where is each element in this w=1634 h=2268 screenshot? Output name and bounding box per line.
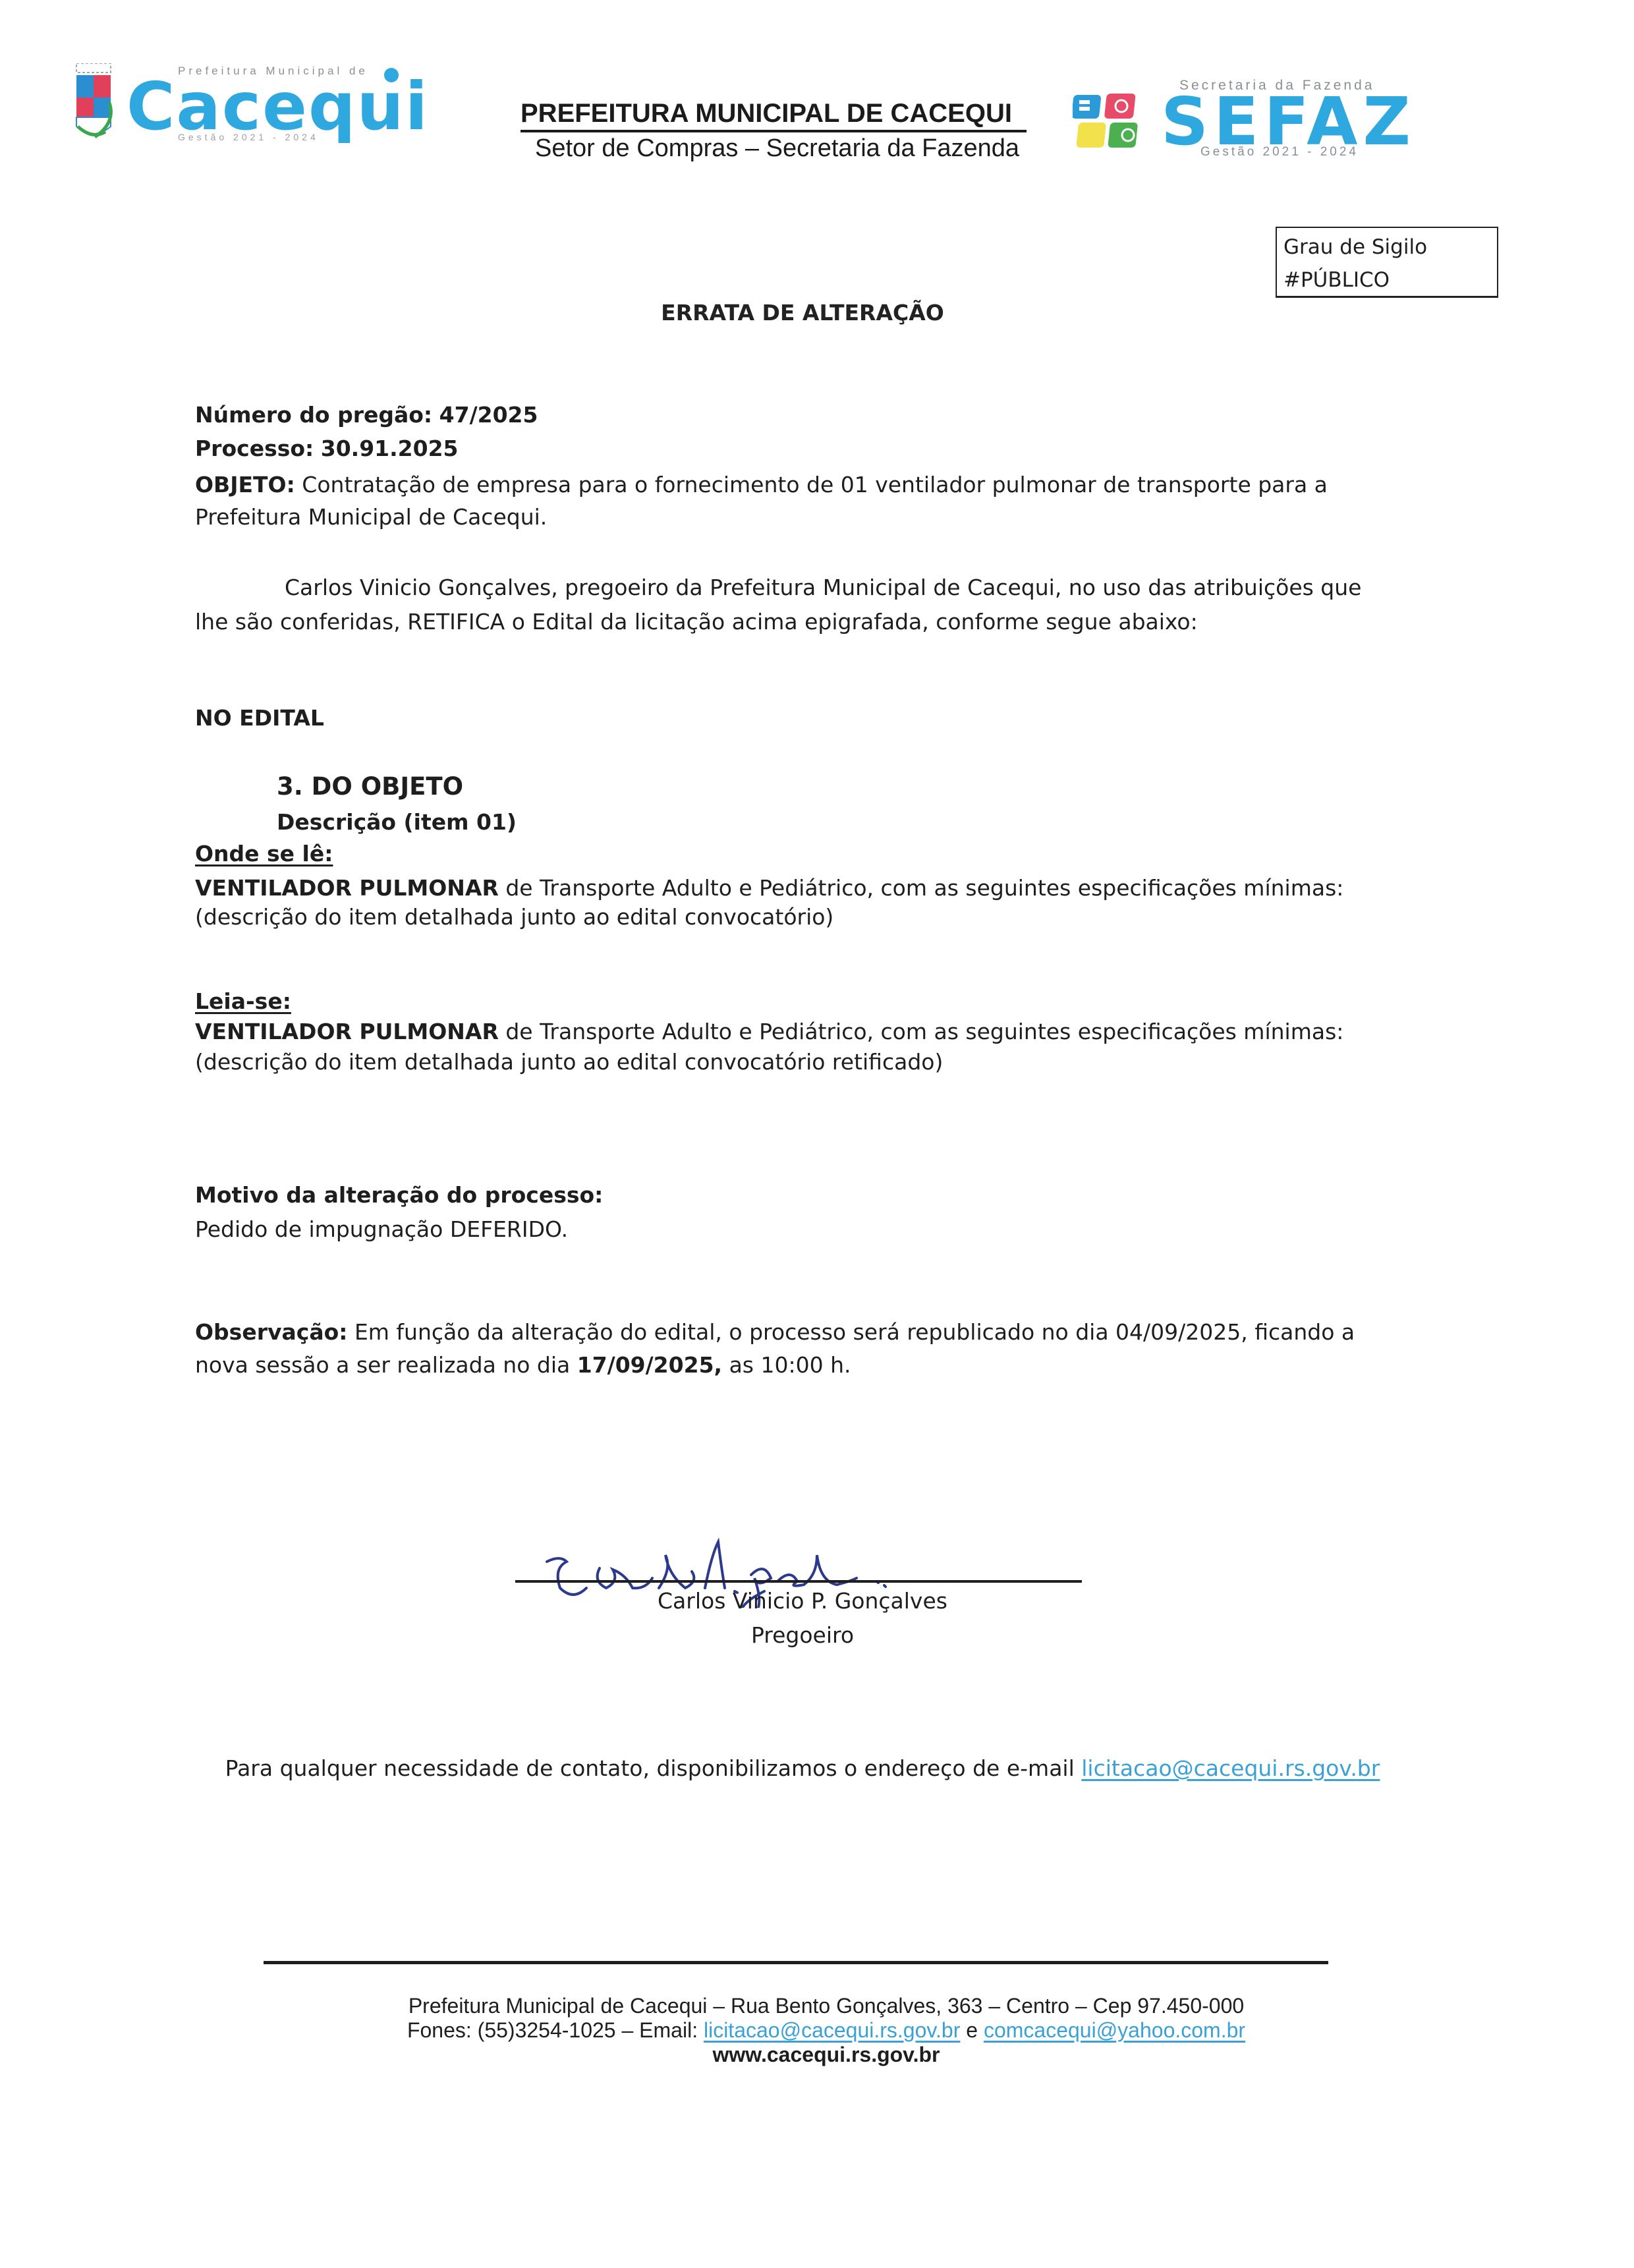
- classification-box: Grau de Sigilo #PÚBLICO: [1276, 227, 1498, 298]
- intro-line-1: Carlos Vinicio Gonçalves, pregoeiro da P…: [285, 571, 1361, 604]
- observacao-label: Observação:: [195, 1319, 347, 1345]
- objeto-text: Contratação de empresa para o fornecimen…: [302, 472, 1328, 497]
- contact-text: Para qualquer necessidade de contato, di…: [225, 1755, 1082, 1781]
- objeto-line: OBJETO: Contratação de empresa para o fo…: [195, 468, 1328, 501]
- leia-se-item: VENTILADOR PULMONAR: [195, 1019, 499, 1044]
- signature-line: [515, 1580, 1082, 1583]
- session-date: 17/09/2025,: [577, 1352, 722, 1378]
- subsection-title: 3. DO OBJETO: [277, 770, 463, 803]
- header-title: PREFEITURA MUNICIPAL DE CACEQUI: [521, 99, 1027, 132]
- objeto-line-2: Prefeitura Municipal de Cacequi.: [195, 500, 547, 534]
- leia-se-line-1: VENTILADOR PULMONAR de Transporte Adulto…: [195, 1015, 1343, 1048]
- logo-term-caption: Gestão 2021 - 2024: [178, 132, 319, 142]
- section-heading: NO EDITAL: [195, 701, 324, 735]
- classification-value: #PÚBLICO: [1283, 264, 1490, 297]
- motivo-value: Pedido de impugnação DEFERIDO.: [195, 1212, 568, 1246]
- observacao-text-2b: as 10:00 h.: [722, 1352, 851, 1378]
- logo-dot-icon: [384, 68, 399, 82]
- leia-se-label: Leia-se:: [195, 984, 291, 1018]
- footer-contacts: Fones: (55)3254-1025 – Email: licitacao@…: [24, 2018, 1629, 2043]
- document-title: ERRATA DE ALTERAÇÃO: [0, 300, 1605, 326]
- header-subtitle: Setor de Compras – Secretaria da Fazenda: [535, 134, 1027, 163]
- intro-line-2: lhe são conferidas, RETIFICA o Edital da…: [195, 605, 1198, 638]
- onde-se-le-label: Onde se lê:: [195, 837, 333, 870]
- motivo-label: Motivo da alteração do processo:: [195, 1178, 603, 1212]
- classification-label: Grau de Sigilo: [1283, 231, 1490, 264]
- observacao-line-2: nova sessão a ser realizada no dia 17/09…: [195, 1348, 851, 1382]
- leia-se-line-2: (descrição do item detalhada junto ao ed…: [195, 1045, 943, 1079]
- onde-se-le-item: VENTILADOR PULMONAR: [195, 875, 499, 901]
- objeto-label: OBJETO:: [195, 472, 295, 497]
- processo-line: Processo: 30.91.2025: [195, 432, 459, 465]
- contact-line: Para qualquer necessidade de contato, di…: [0, 1755, 1605, 1781]
- footer-divider: [264, 1961, 1328, 1964]
- onde-se-le-line-2: (descrição do item detalhada junto ao ed…: [195, 900, 833, 934]
- onde-se-le-text: de Transporte Adulto e Pediátrico, com a…: [499, 875, 1344, 901]
- signer-name: Carlos Vinicio P. Gonçalves: [0, 1584, 1605, 1618]
- pregao-label: Número do pregão:: [195, 402, 432, 428]
- observacao-text: Em função da alteração do edital, o proc…: [347, 1319, 1355, 1345]
- footer-address: Prefeitura Municipal de Cacequi – Rua Be…: [24, 1994, 1629, 2018]
- pregao-line: Número do pregão: 47/2025: [195, 398, 538, 432]
- footer-website[interactable]: www.cacequi.rs.gov.br: [24, 2043, 1629, 2067]
- sefaz-tiles-icon: [1073, 92, 1144, 150]
- subsection-subtitle: Descrição (item 01): [277, 805, 517, 839]
- footer-email-link-2[interactable]: comcacequi@yahoo.com.br: [984, 2018, 1245, 2042]
- sefaz-term-caption: Gestão 2021 - 2024: [1200, 145, 1359, 159]
- footer-email-link-1[interactable]: licitacao@cacequi.rs.gov.br: [704, 2018, 960, 2042]
- footer-phones: Fones: (55)3254-1025 – Email:: [407, 2018, 704, 2042]
- signer-role: Pregoeiro: [0, 1618, 1605, 1653]
- contact-email-link[interactable]: licitacao@cacequi.rs.gov.br: [1081, 1755, 1380, 1781]
- leia-se-text: de Transporte Adulto e Pediátrico, com a…: [499, 1019, 1344, 1044]
- footer-conjunction: e: [960, 2018, 984, 2042]
- processo-value: 30.91.2025: [321, 436, 459, 461]
- observacao-text-2a: nova sessão a ser realizada no dia: [195, 1352, 577, 1378]
- processo-label: Processo:: [195, 436, 314, 461]
- municipal-crest-icon: [72, 63, 115, 141]
- logo-cacequi-wordmark: Cacequi: [127, 74, 429, 140]
- observacao-line-1: Observação: Em função da alteração do ed…: [195, 1315, 1355, 1349]
- pregao-value: 47/2025: [439, 402, 538, 428]
